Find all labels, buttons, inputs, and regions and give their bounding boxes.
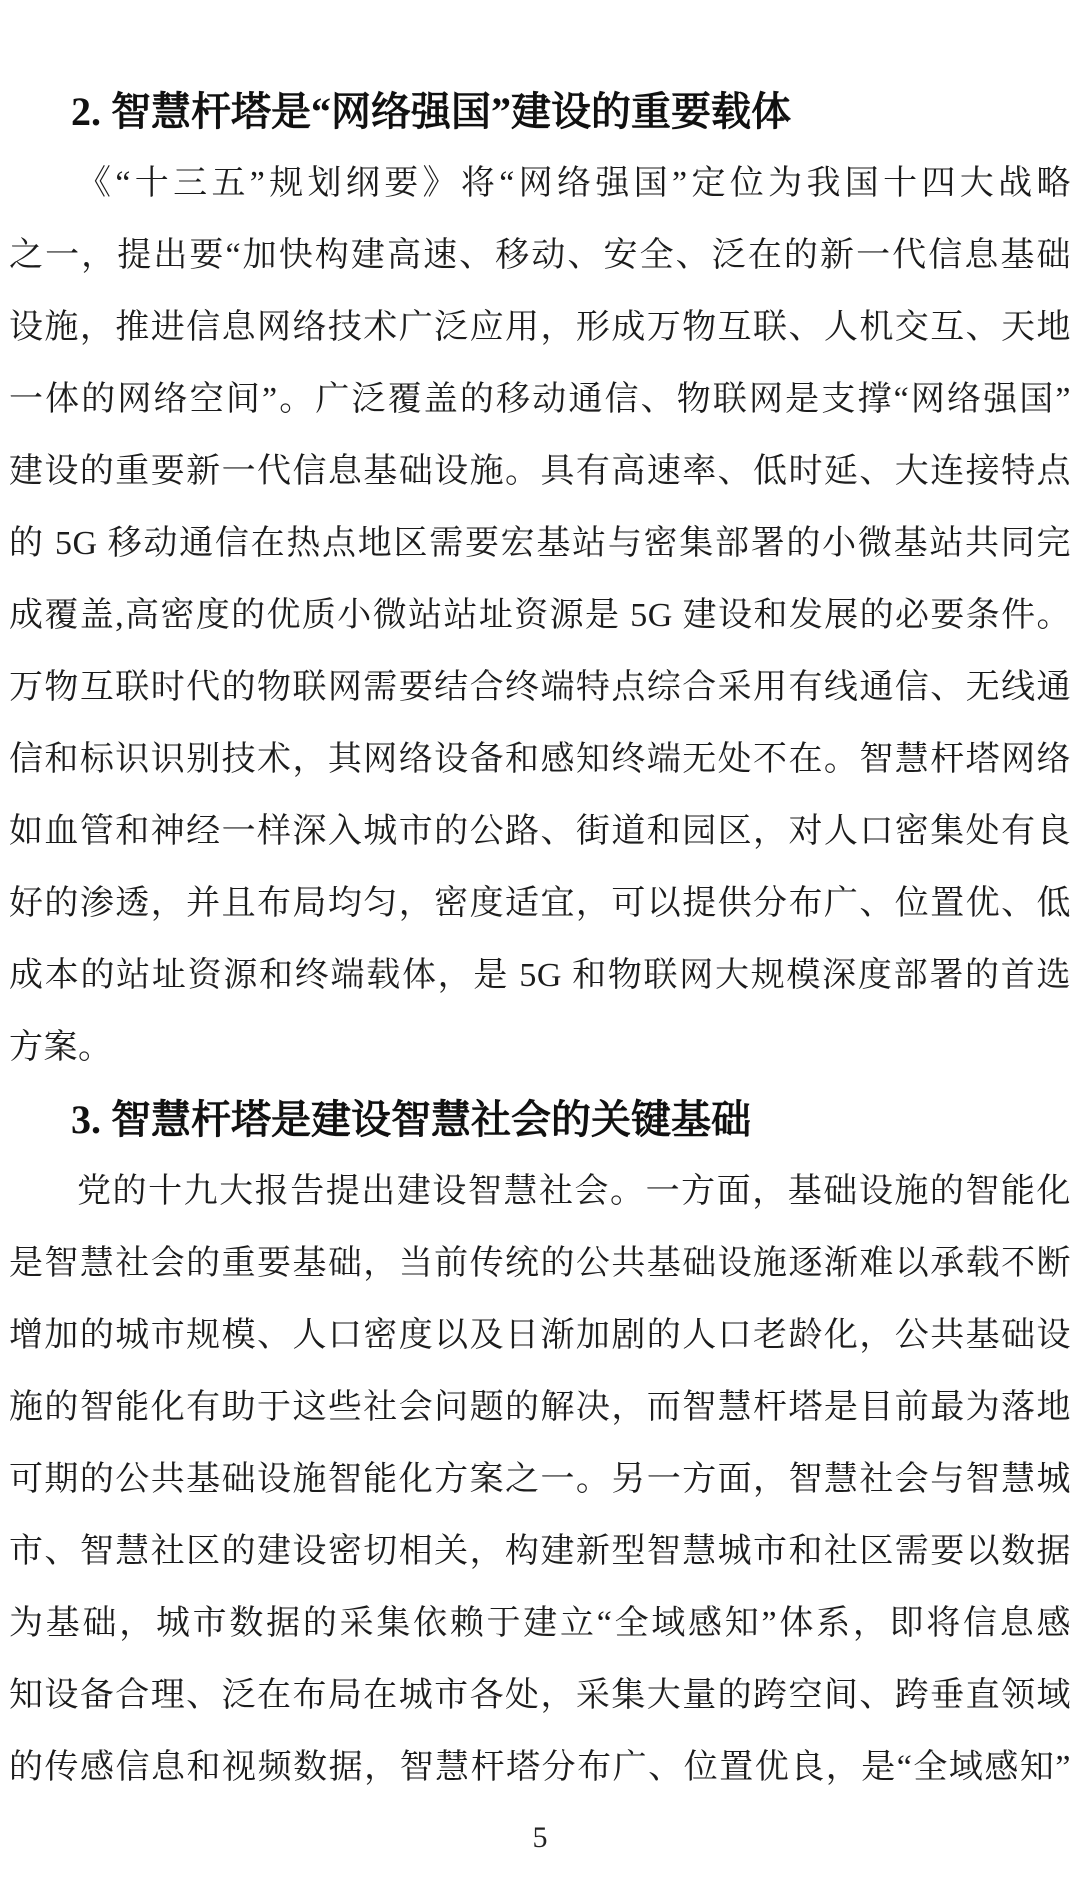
text-line: 万物互联时代的物联网需要结合终端特点综合采用有线通信、无线通 <box>9 652 1071 724</box>
document-page: 2. 智慧杆塔是“网络强国”建设的重要载体 《“十三五”规划纲要》将“网络强国”… <box>0 0 1080 1889</box>
text-line: 的 5G 移动通信在热点地区需要宏基站与密集部署的小微基站共同完 <box>9 508 1071 580</box>
text-line: 是智慧社会的重要基础，当前传统的公共基础设施逐渐难以承载不断 <box>9 1228 1071 1300</box>
text-line: 好的渗透，并且布局均匀，密度适宜，可以提供分布广、位置优、低 <box>9 868 1071 940</box>
section-heading-2: 2. 智慧杆塔是“网络强国”建设的重要载体 <box>9 76 1071 148</box>
text-line: 成本的站址资源和终端载体，是 5G 和物联网大规模深度部署的首选 <box>9 940 1071 1012</box>
text-line: 方案。 <box>9 1012 1071 1084</box>
text-line: 的传感信息和视频数据，智慧杆塔分布广、位置优良，是“全域感知” <box>9 1732 1071 1804</box>
text-line: 为基础，城市数据的采集依赖于建立“全域感知”体系，即将信息感 <box>9 1588 1071 1660</box>
section-heading-3: 3. 智慧杆塔是建设智慧社会的关键基础 <box>9 1084 1071 1156</box>
page-number: 5 <box>9 1816 1071 1860</box>
text-line: 知设备合理、泛在布局在城市各处，采集大量的跨空间、跨垂直领域 <box>9 1660 1071 1732</box>
text-line: 《“十三五”规划纲要》将“网络强国”定位为我国十四大战略 <box>9 148 1071 220</box>
text-line: 如血管和神经一样深入城市的公路、街道和园区，对人口密集处有良 <box>9 796 1071 868</box>
text-line: 一体的网络空间”。广泛覆盖的移动通信、物联网是支撑“网络强国” <box>9 364 1071 436</box>
text-line: 增加的城市规模、人口密度以及日渐加剧的人口老龄化，公共基础设 <box>9 1300 1071 1372</box>
text-line: 施的智能化有助于这些社会问题的解决，而智慧杆塔是目前最为落地 <box>9 1372 1071 1444</box>
text-line: 信和标识识别技术，其网络设备和感知终端无处不在。智慧杆塔网络 <box>9 724 1071 796</box>
text-line: 设施，推进信息网络技术广泛应用，形成万物互联、人机交互、天地 <box>9 292 1071 364</box>
text-line: 党的十九大报告提出建设智慧社会。一方面，基础设施的智能化 <box>9 1156 1071 1228</box>
text-line: 建设的重要新一代信息基础设施。具有高速率、低时延、大连接特点 <box>9 436 1071 508</box>
text-line: 可期的公共基础设施智能化方案之一。另一方面，智慧社会与智慧城 <box>9 1444 1071 1516</box>
text-line: 成覆盖,高密度的优质小微站站址资源是 5G 建设和发展的必要条件。 <box>9 580 1071 652</box>
text-line: 市、智慧社区的建设密切相关，构建新型智慧城市和社区需要以数据 <box>9 1516 1071 1588</box>
text-line: 之一，提出要“加快构建高速、移动、安全、泛在的新一代信息基础 <box>9 220 1071 292</box>
